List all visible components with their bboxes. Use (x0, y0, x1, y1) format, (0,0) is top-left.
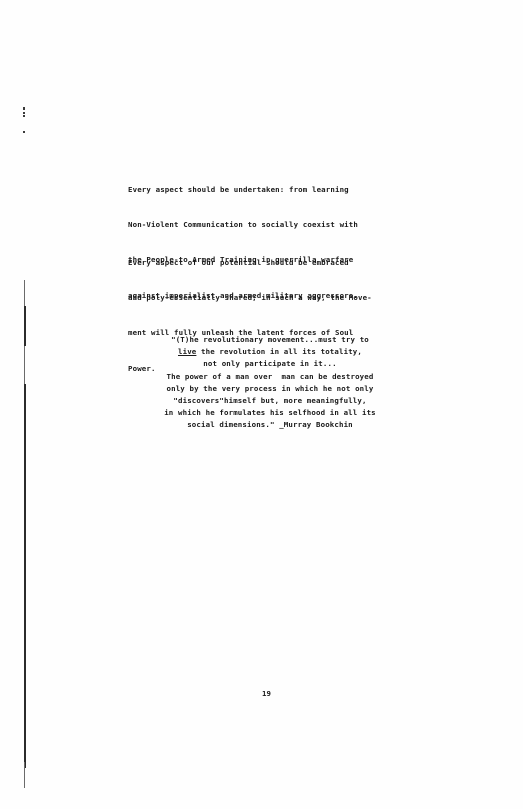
quote-line: live the revolution in all its totality, (100, 346, 440, 358)
block-quote: "(T)he revolutionary movement...must try… (100, 334, 440, 432)
document-page: Every aspect should be undertaken: from … (0, 0, 523, 809)
quote-line: The power of a man over man can be destr… (100, 371, 440, 383)
quote-line: "(T)he revolutionary movement...must try… (100, 334, 440, 346)
quote-line: not only participate in it... (100, 358, 440, 370)
quote-line: "discovers"himself but, more meaningfull… (100, 395, 440, 407)
binding-edge-line (24, 384, 26, 768)
text-line: Non-Violent Communication to socially co… (128, 219, 458, 231)
binding-edge-line (24, 306, 26, 346)
quote-attribution-line: social dimensions." _Murray Bookchin (100, 419, 440, 431)
quote-line: in which he formulates his selfhood in a… (100, 407, 440, 419)
margin-mark (23, 112, 25, 114)
margin-mark (23, 131, 25, 133)
text-line: Every aspect of our potential should be … (128, 257, 458, 269)
quote-line-rest: the revolution in all its totality, (196, 347, 362, 356)
underlined-word: live (178, 347, 196, 356)
text-line: Every aspect should be undertaken: from … (128, 184, 458, 196)
binding-edge-line (24, 762, 25, 788)
margin-mark (23, 107, 25, 110)
quote-line: only by the very process in which he not… (100, 383, 440, 395)
page-number: 19 (262, 689, 271, 698)
binding-edge-line (24, 346, 25, 386)
margin-mark (23, 115, 25, 117)
text-line: and poly-essentially shared; in such a w… (128, 292, 458, 304)
